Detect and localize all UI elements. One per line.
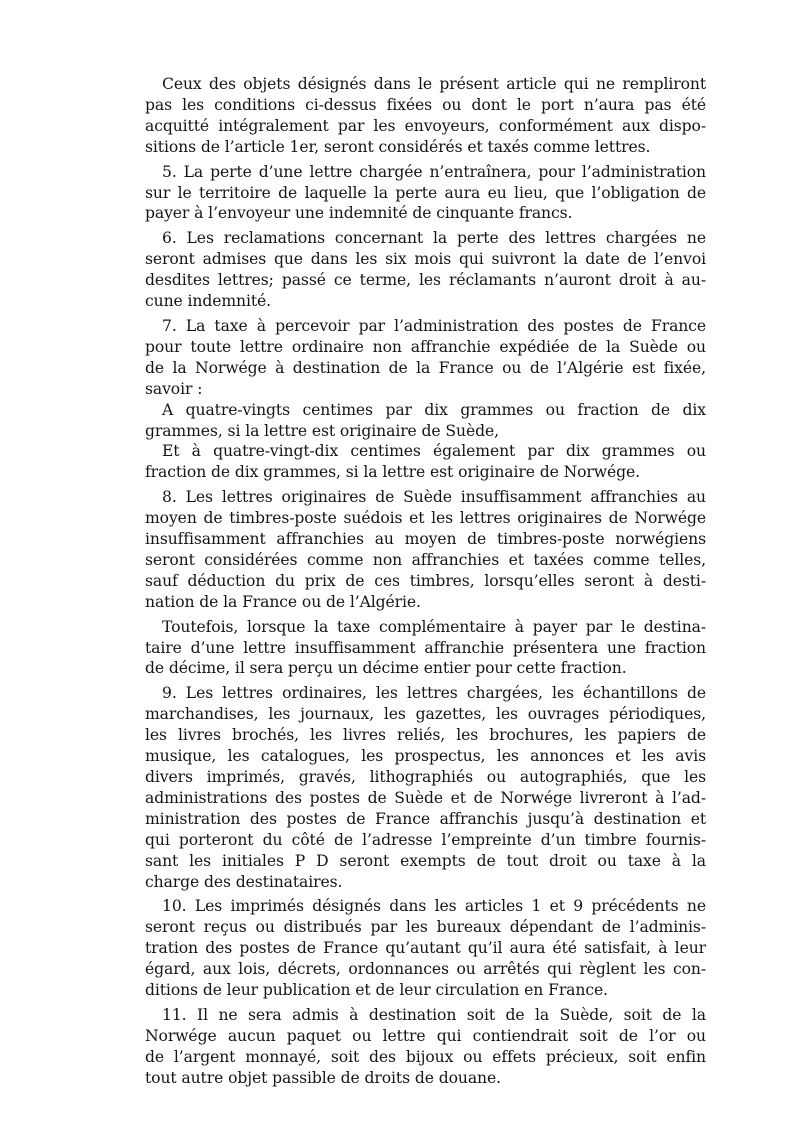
line: divers imprimés, gravés, lithographiés o… <box>145 767 706 788</box>
line: desdites lettres; passé ce terme, les ré… <box>145 270 706 291</box>
line: tout autre objet passible de droits de d… <box>145 1068 706 1089</box>
line: sitions de l’article 1er, seront considé… <box>145 137 706 158</box>
line: 8. Les lettres originaires de Suède insu… <box>145 487 706 508</box>
line: musique, les catalogues, les prospectus,… <box>145 746 706 767</box>
line: de décime, il sera perçu un décime entie… <box>145 658 706 679</box>
line: savoir : <box>145 379 706 400</box>
line: fraction de dix grammes, si la lettre es… <box>145 462 706 483</box>
line: charge des destinataires. <box>145 872 706 893</box>
line: 10. Les imprimés désignés dans les artic… <box>145 896 706 917</box>
line: qui porteront du côté de l’adresse l’emp… <box>145 830 706 851</box>
line: 7. La taxe à percevoir par l’administrat… <box>145 316 706 337</box>
line: insuffisamment affranchies au moyen de t… <box>145 529 706 550</box>
article-11: 11. Il ne sera admis à destination soit … <box>145 1005 706 1089</box>
line: acquitté intégralement par les envoyeurs… <box>145 116 706 137</box>
line: égard, aux lois, décrets, ordonnances ou… <box>145 959 706 980</box>
article-8: 8. Les lettres originaires de Suède insu… <box>145 487 706 612</box>
line: Ceux des objets désignés dans le présent… <box>145 74 706 95</box>
line: 6. Les reclamations concernant la perte … <box>145 228 706 249</box>
line: ministration des postes de France affran… <box>145 809 706 830</box>
line: 5. La perte d’une lettre chargée n’entra… <box>145 162 706 183</box>
line: Norwége aucun paquet ou lettre qui conti… <box>145 1026 706 1047</box>
line: ditions de leur publication et de leur c… <box>145 980 706 1001</box>
line: 11. Il ne sera admis à destination soit … <box>145 1005 706 1026</box>
line: pas les conditions ci-dessus fixées ou d… <box>145 95 706 116</box>
article-9: 9. Les lettres ordinaires, les lettres c… <box>145 683 706 892</box>
line: administrations des postes de Suède et d… <box>145 788 706 809</box>
line: de l’argent monnayé, soit des bijoux ou … <box>145 1047 706 1068</box>
line: sauf déduction du prix de ces timbres, l… <box>145 571 706 592</box>
line: taire d’une lettre insuffisamment affran… <box>145 638 706 659</box>
paragraph-continuation: Ceux des objets désignés dans le présent… <box>145 74 706 158</box>
line: de la Norwége à destination de la France… <box>145 358 706 379</box>
document-page: Ceux des objets désignés dans le présent… <box>145 74 706 1089</box>
line: grammes, si la lettre est originaire de … <box>145 421 706 442</box>
article-8-toutefois: Toutefois, lorsque la taxe complémentair… <box>145 617 706 680</box>
line: 9. Les lettres ordinaires, les lettres c… <box>145 683 706 704</box>
article-5: 5. La perte d’une lettre chargée n’entra… <box>145 162 706 225</box>
line: nation de la France ou de l’Algérie. <box>145 592 706 613</box>
line: les livres brochés, les livres reliés, l… <box>145 725 706 746</box>
line: Toutefois, lorsque la taxe complémentair… <box>145 617 706 638</box>
line: tration des postes de France qu’autant q… <box>145 938 706 959</box>
line: seront admises que dans les six mois qui… <box>145 249 706 270</box>
line: pour toute lettre ordinaire non affranch… <box>145 337 706 358</box>
article-6: 6. Les reclamations concernant la perte … <box>145 228 706 312</box>
line: Et à quatre-vingt-dix centimes également… <box>145 441 706 462</box>
line: sant les initiales P D seront exempts de… <box>145 851 706 872</box>
article-7: 7. La taxe à percevoir par l’administrat… <box>145 316 706 400</box>
line: cune indemnité. <box>145 291 706 312</box>
line: sur le territoire de laquelle la perte a… <box>145 183 706 204</box>
line: seront considérées comme non affranchies… <box>145 550 706 571</box>
line: moyen de timbres-poste suédois et les le… <box>145 508 706 529</box>
article-10: 10. Les imprimés désignés dans les artic… <box>145 896 706 1001</box>
article-7-rate-sweden: A quatre-vingts centimes par dix grammes… <box>145 400 706 442</box>
line: marchandises, les journaux, les gazettes… <box>145 704 706 725</box>
line: payer à l’envoyeur une indemnité de cinq… <box>145 203 706 224</box>
line: seront reçus ou distribués par les burea… <box>145 917 706 938</box>
line: A quatre-vingts centimes par dix grammes… <box>145 400 706 421</box>
article-7-rate-norway: Et à quatre-vingt-dix centimes également… <box>145 441 706 483</box>
